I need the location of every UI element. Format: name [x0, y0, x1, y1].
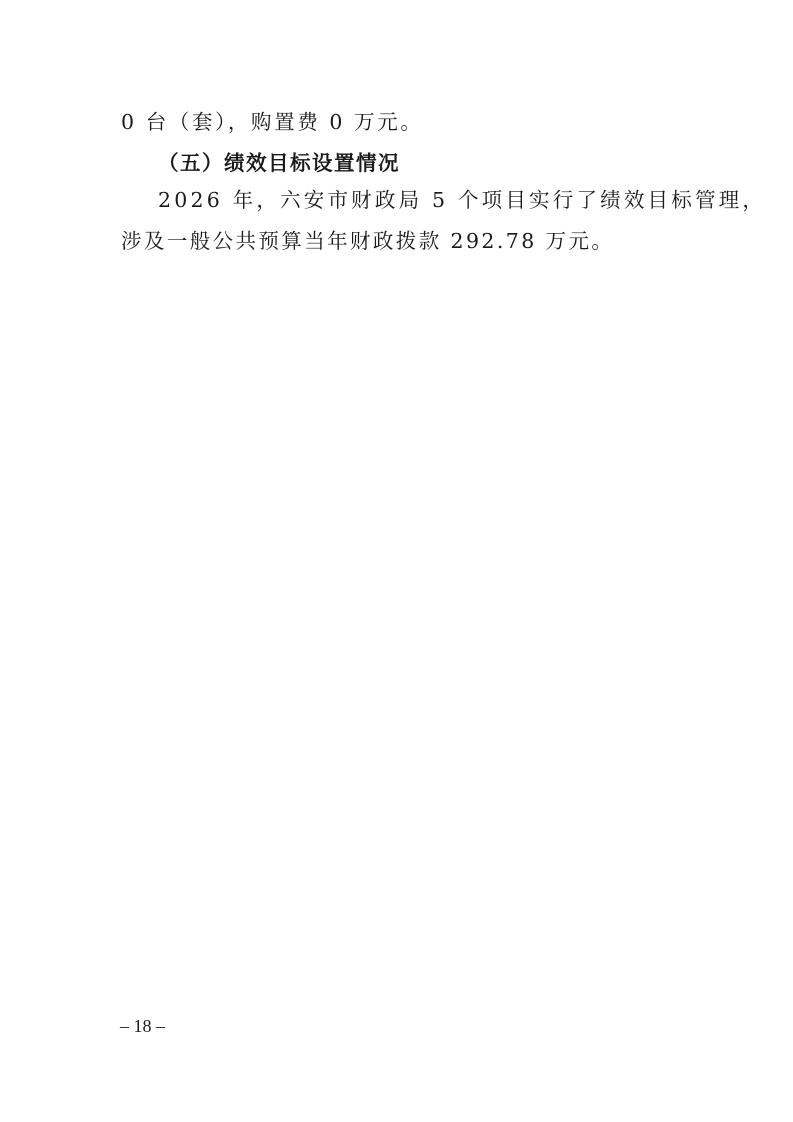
page-number: – 18 – [120, 1016, 165, 1037]
section-heading: （五）绩效目标设置情况 [158, 146, 400, 176]
body-text-line: 涉及一般公共预算当年财政拨款 292.78 万元。 [121, 224, 614, 254]
document-page: 0 台（套），购置费 0 万元。 （五）绩效目标设置情况 2026 年，六安市财… [0, 0, 793, 1122]
body-text-line: 2026 年，六安市财政局 5 个项目实行了绩效目标管理， [158, 183, 766, 213]
body-text-line: 0 台（套），购置费 0 万元。 [121, 105, 423, 135]
